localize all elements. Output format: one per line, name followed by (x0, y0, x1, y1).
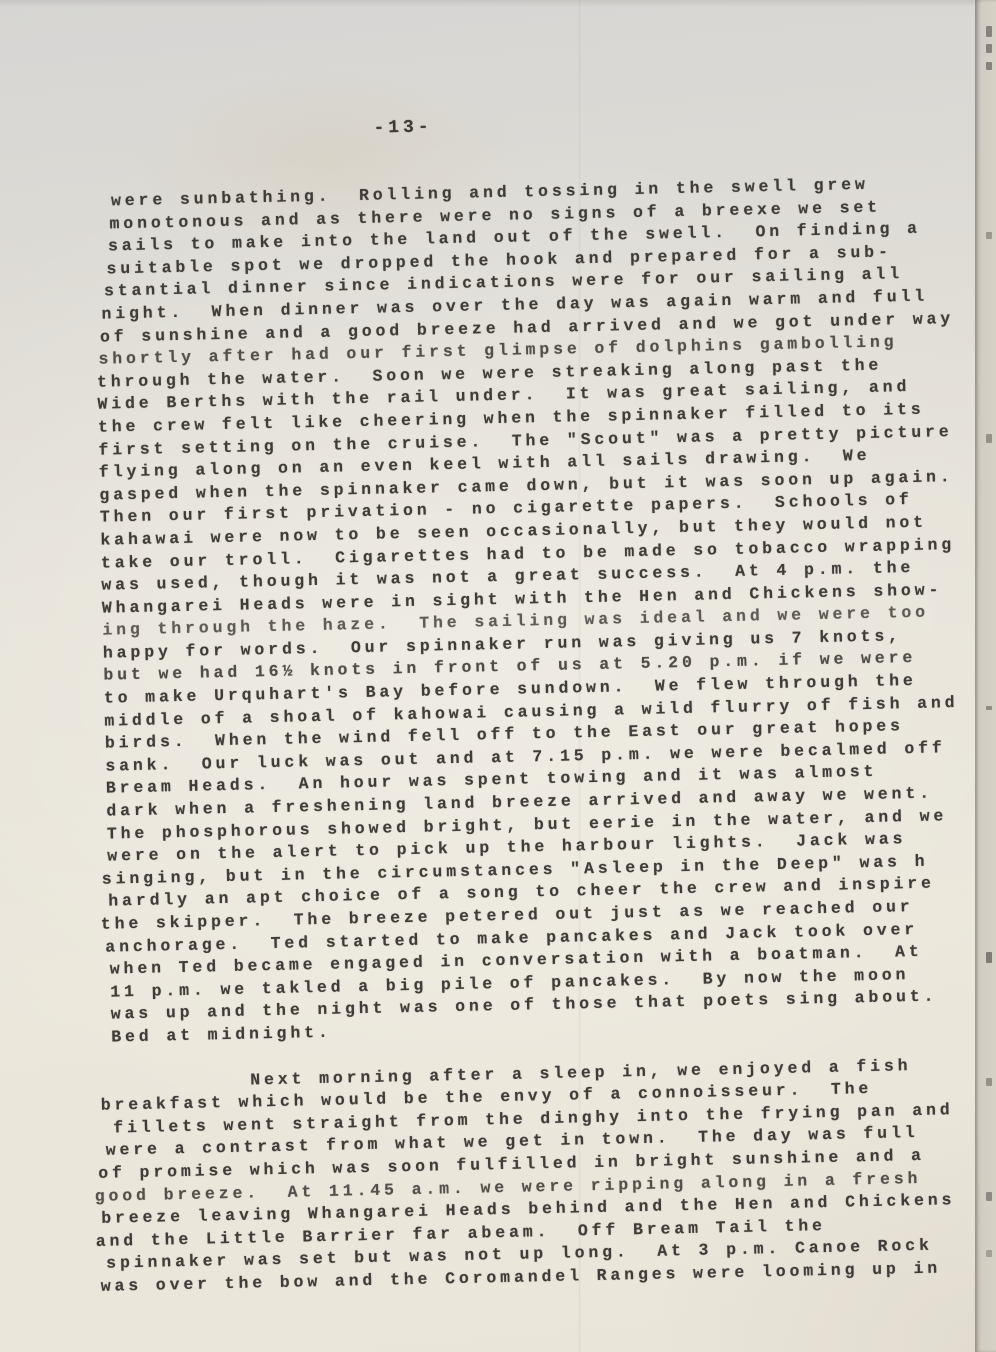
next-page-text-fragment (986, 62, 992, 70)
paragraph-2: Next morning after a sleep in, we enjoye… (100, 1053, 996, 1299)
next-page-text-fragment (986, 706, 992, 710)
next-page-text-fragment (986, 952, 992, 963)
page-edge-strip (975, 0, 996, 1352)
typewritten-content: -13- were sunbathing. Rolling and tossin… (0, 0, 996, 1300)
next-page-text-fragment (986, 1250, 992, 1257)
next-page-text-fragment (986, 1078, 992, 1086)
page-number: -13- (373, 105, 987, 138)
next-page-text-fragment (986, 434, 992, 443)
next-page-text-fragment (986, 44, 992, 53)
next-page-text-fragment (986, 26, 992, 37)
paragraph-1: were sunbathing. Rolling and tossing in … (93, 171, 996, 1049)
scanned-page: -13- were sunbathing. Rolling and tossin… (0, 0, 996, 1352)
next-page-text-fragment (986, 1192, 992, 1201)
next-page-text-fragment (986, 232, 992, 239)
